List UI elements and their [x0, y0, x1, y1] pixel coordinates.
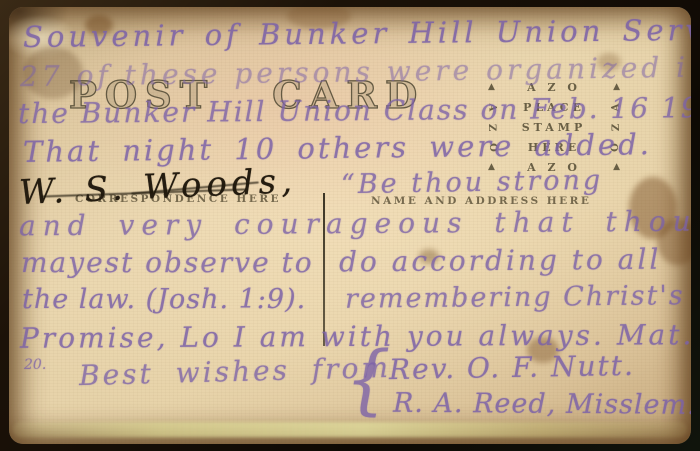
quote-line-3-right: do according to all: [339, 243, 662, 279]
quote-line-4-right: remembering Christ's: [345, 280, 685, 315]
handwriting-line-3: the Bunker Hill Union Class on Feb. 16 1…: [18, 91, 691, 130]
signer-name-1: Rev. O. F. Nutt.: [389, 349, 635, 386]
quote-line-2: and very courageous that thou: [19, 205, 691, 243]
quote-line-3-left: mayest observe to: [21, 246, 314, 279]
signature: W. S. Woods,: [18, 161, 297, 213]
quote-line-4-left: the law. (Josh. 1:9).: [22, 284, 306, 315]
verse-ref: 20.: [24, 357, 46, 373]
handwriting-line-1: Souvenir of Bunker Hill Union Services: [23, 12, 691, 54]
brace-glyph: {: [345, 335, 391, 423]
signer-name-2: R. A. Reed, Misslem. S.S.: [393, 388, 691, 422]
bottom-light-band: [13, 422, 687, 437]
stamp-box-triangle: ▲: [613, 162, 620, 172]
postcard: POST CARD ▲ A Z O ▲ A PLACE A Z STAMP Z …: [9, 7, 691, 444]
postcard-photo: POST CARD ▲ A Z O ▲ A PLACE A Z STAMP Z …: [0, 0, 700, 451]
quote-line-1: “Be thou strong: [341, 165, 604, 201]
